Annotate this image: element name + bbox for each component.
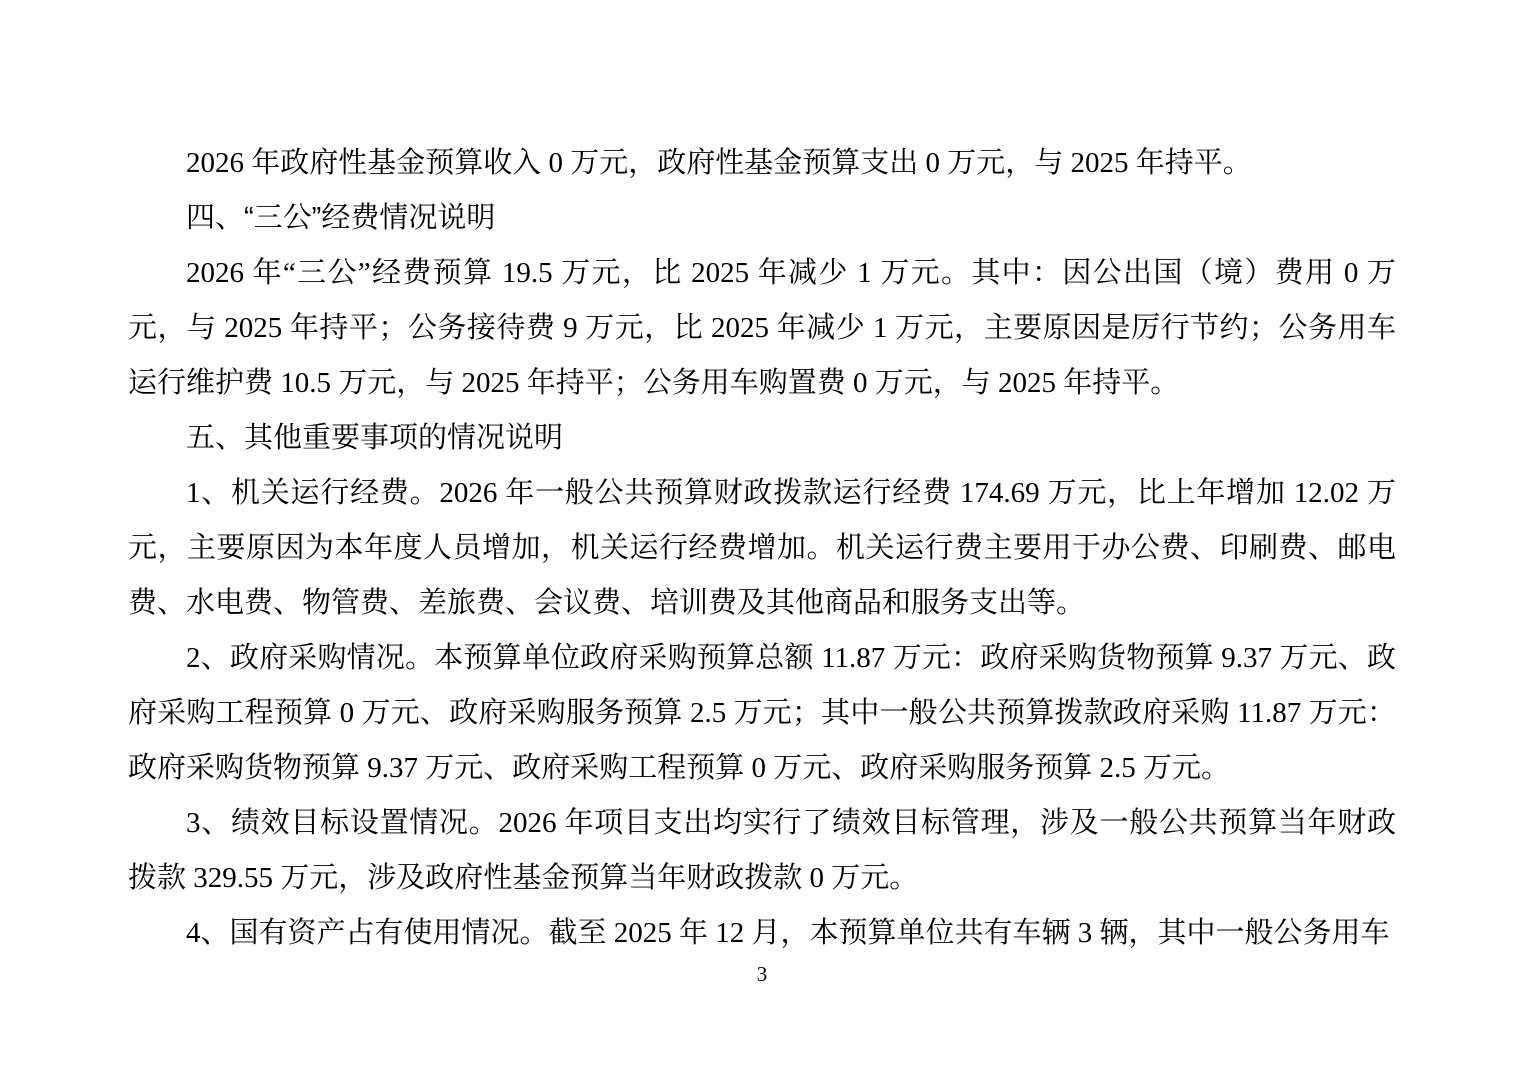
page-number: 3 xyxy=(128,958,1396,990)
heading-section-five-other-important-matters: 五、其他重要事项的情况说明 xyxy=(128,411,1396,466)
paragraph-three-public-expenses-detail: 2026 年“三公”经费预算 19.5 万元，比 2025 年减少 1 万元。其… xyxy=(128,246,1396,411)
document-page: { "page": { "number": "3", "background_c… xyxy=(0,0,1520,1074)
document-body: 2026 年政府性基金预算收入 0 万元，政府性基金预算支出 0 万元，与 20… xyxy=(128,136,1396,961)
paragraph-state-owned-assets: 4、国有资产占有使用情况。截至 2025 年 12 月，本预算单位共有车辆 3 … xyxy=(128,906,1396,961)
paragraph-gov-fund-budget-summary: 2026 年政府性基金预算收入 0 万元，政府性基金预算支出 0 万元，与 20… xyxy=(128,136,1396,191)
heading-section-four-three-public-expenses: 四、“三公”经费情况说明 xyxy=(128,191,1396,246)
paragraph-agency-operating-funds: 1、机关运行经费。2026 年一般公共预算财政拨款运行经费 174.69 万元，… xyxy=(128,466,1396,631)
paragraph-performance-targets: 3、绩效目标设置情况。2026 年项目支出均实行了绩效目标管理，涉及一般公共预算… xyxy=(128,796,1396,906)
paragraph-government-procurement: 2、政府采购情况。本预算单位政府采购预算总额 11.87 万元：政府采购货物预算… xyxy=(128,631,1396,796)
